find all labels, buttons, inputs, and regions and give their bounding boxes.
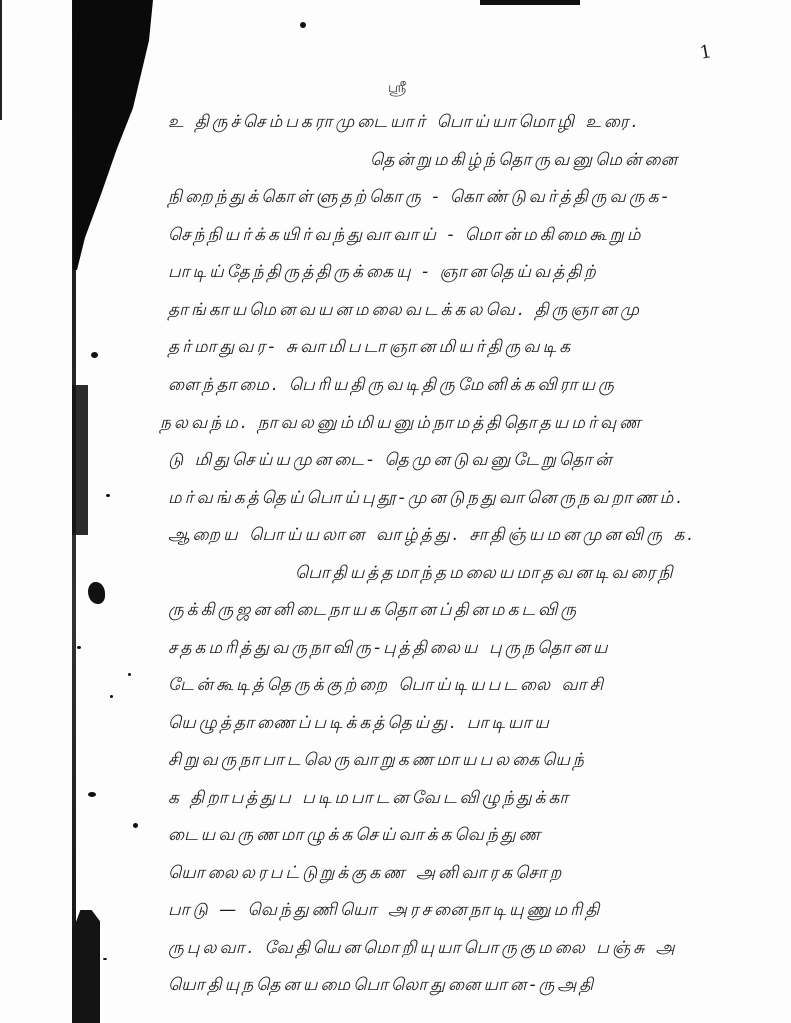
scan-shadow-bottom-left: [72, 910, 100, 1023]
manuscript-line: பாடிய்தேந்திருத்திருக்கையு - ஞானதெய்வத்த…: [168, 262, 599, 284]
manuscript-line: ளைந்தாமை. பெரியதிருவடிதிருமேனிக்கவிராயரு: [168, 375, 617, 397]
scan-speck: [77, 646, 81, 649]
scan-speck: [91, 352, 98, 358]
manuscript-line: நிறைந்துக்கொள்ளுதற்கொரு - கொண்டுவர்த்திர…: [168, 187, 671, 209]
manuscript-page: 1 ஶ்ரீ உ திருச்செம்பகராமுடையார் பொய்யாமொ…: [0, 0, 791, 1023]
manuscript-line: சதகமரித்துவருநாவிரு-புத்திலைய புருநதொனய: [168, 638, 611, 660]
manuscript-line: தாங்காயமெனவயனமலைவடக்கலவெ. திருஞானமு: [168, 300, 642, 322]
scan-shadow-top-left: [73, 0, 153, 270]
manuscript-line: உ திருச்செம்பகராமுடையார் பொய்யாமொழி உரை.: [168, 112, 640, 134]
scan-shadow-middle-left: [72, 385, 88, 535]
manuscript-line: ஆறைய பொய்யலான வாழ்த்து. சாதிஞ்யமனமுனவிரு…: [168, 525, 696, 547]
manuscript-line: யெழுத்தாணைப்படிக்கத்தெய்து. பாடியாய: [168, 713, 552, 735]
scan-speck: [110, 695, 113, 698]
page-number: 1: [698, 41, 713, 64]
manuscript-line: டேன்கூடித்தெருக்குற்றை பொய்டியபடலை வாசி: [168, 675, 606, 697]
scan-speck: [300, 22, 306, 28]
manuscript-line: க திறாபத்துப படிமபாடனவேடவிழுந்துக்கா: [168, 788, 571, 810]
scan-speck: [106, 494, 110, 497]
manuscript-line: தர்மாதுவர- சுவாமிபடாஞானமியர்திருவடிக: [168, 337, 573, 359]
manuscript-line: யொதியுநதெனயமைபொலொதுனையான-ருஅதி: [168, 975, 596, 997]
manuscript-line: மர்வங்கத்தெய்பொய்புதூ-முனடுநதுவானெருநவறா…: [168, 488, 685, 510]
scan-speck: [88, 792, 96, 797]
manuscript-line: பாடு — வெந்துணியொ அரசனைநாடியுணுமரிதி: [168, 900, 602, 922]
scan-shadow-top: [480, 0, 580, 5]
manuscript-line: ருபுலவா. வேதியெனமொறியுயாபொருகுமலை பஞ்சு …: [168, 938, 678, 960]
manuscript-line: ருக்கிருஜனனிடைநாயகதொனப்தினமகடவிரு: [168, 600, 579, 622]
manuscript-line: செந்நியர்க்கயிர்வந்துவாவாய் - மொன்மகிமைக…: [168, 225, 644, 247]
manuscript-line: டையவருணமாழுக்கசெய்வாக்கவெந்துண: [168, 825, 543, 847]
manuscript-line: நலவந்ம. நாவலனும்மியனும்நாமத்திதொதயமர்வுண: [160, 413, 644, 435]
manuscript-line: பொதியத்தமாந்தமலையமாதவனடிவரைநி: [295, 563, 676, 585]
manuscript-line: சிறுவருநாபாடலெருவாறுகணமாயபலகையெந்: [168, 750, 587, 772]
scan-speck: [133, 823, 138, 828]
scan-speck: [128, 673, 131, 676]
scan-speck: [103, 958, 107, 960]
manuscript-line: டு மிதுசெய்யமுனடை- தெமுனடுவனுடேறுதொன்: [168, 450, 615, 472]
manuscript-line: தென்றுமகிழ்ந்தொருவனுமென்னை: [370, 150, 680, 172]
scan-outer-edge: [0, 0, 2, 120]
header-invocation-mark: ஶ்ரீ: [388, 80, 406, 98]
ink-blot: [88, 582, 105, 604]
manuscript-line: யொலைலரபட்டுறுக்குகண அனிவாரகசொற: [168, 863, 564, 885]
